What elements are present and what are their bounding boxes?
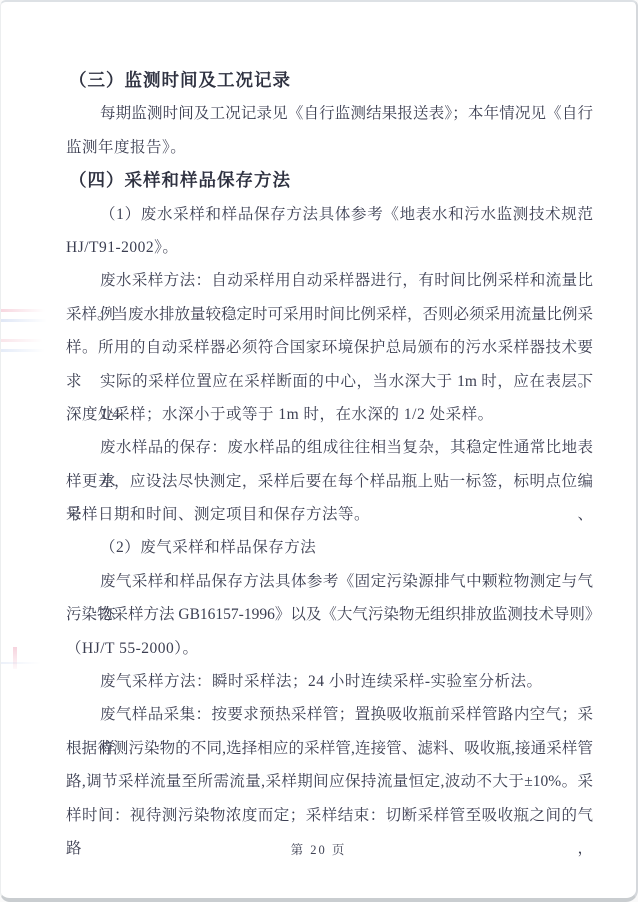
scan-artifact [1,319,47,322]
text-line: 每期监测时间及工况记录见《自行监测结果报送表》；本年情况见《自行 [66,97,593,130]
scan-artifact [1,349,45,352]
text-line: 路,调节采样流量至所需流量,采样期间应保持流量恒定,波动不大于±10%。采 [66,765,593,798]
text-line: 样更差，应设法尽快测定，采样后要在每个样品瓶上贴一标签，标明点位编号、 [66,465,593,498]
text-line: 废气采样和样品保存方法具体参考《固定污染源排气中颗粒物测定与气态 [66,565,593,598]
document-body: （三）监测时间及工况记录每期监测时间及工况记录见《自行监测结果报送表》；本年情况… [66,64,593,832]
text-line: 废气采样方法：瞬时采样法；24 小时连续采样-实验室分析法。 [66,665,593,698]
text-line: （2）废气采样和样品保存方法 [66,531,593,564]
scanned-document-page: （三）监测时间及工况记录每期监测时间及工况记录见《自行监测结果报送表》；本年情况… [0,0,638,902]
scan-artifact [1,309,45,312]
text-line: 监测年度报告》。 [66,131,593,164]
scan-artifact [1,662,41,664]
text-line: （1）废水采样和样品保存方法具体参考《地表水和污水监测技术规范 [66,198,593,231]
text-line: 污染物采样方法 GB16157-1996》以及《大气污染物无组织排放监测技术导则… [66,598,593,631]
text-line: 样。所用的自动采样器必须符合国家环境保护总局颁布的污水采样器技术要求。 [66,331,593,364]
text-line: 根据待测污染物的不同,选择相应的采样管,连接管、滤料、吸收瓶,接通采样管 [66,732,593,765]
text-line: （HJ/T 55-2000）。 [66,632,593,665]
text-line: HJ/T91-2002》。 [66,231,593,264]
text-line: 废水采样方法：自动采样用自动采样器进行，有时间比例采样和流量比例 [66,264,593,297]
page-number: 第 20 页 [1,840,636,858]
text-line: 深度处采样；水深小于或等于 1m 时，在水深的 1/2 处采样。 [66,398,593,431]
text-line: 废气样品采集：按要求预热采样管；置换吸收瓶前采样管路内空气；采样 [66,698,593,731]
scan-artifact [1,339,43,342]
section-heading: （四）采样和样品保存方法 [66,164,593,197]
text-line: 样时间：视待测污染物浓度而定；采样结束：切断采样管至吸收瓶之间的气路， [66,799,593,832]
text-line: 废水样品的保存：废水样品的组成往往相当复杂，其稳定性通常比地表水 [66,431,593,464]
text-line: 实际的采样位置应在采样断面的中心，当水深大于 1m 时，应在表层下 1/4 [66,365,593,398]
scan-artifact [13,647,17,669]
section-heading: （三）监测时间及工况记录 [66,64,593,97]
text-line: 采样。当废水排放量较稳定时可采用时间比例采样，否则必须采用流量比例采 [66,298,593,331]
